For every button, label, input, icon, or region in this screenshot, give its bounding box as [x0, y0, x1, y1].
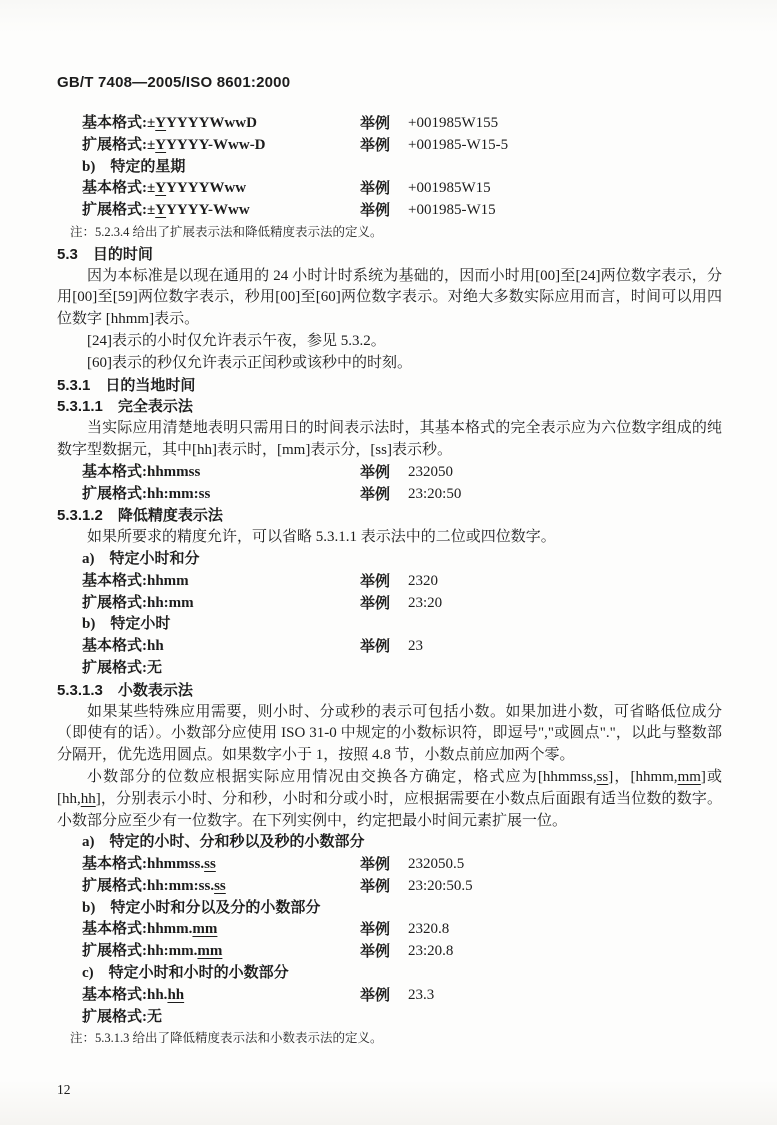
paragraph: 如果所要求的精度允许，可以省略 5.3.1.1 表示法中的二位或四位数字。	[57, 527, 722, 549]
format-label: 扩展格式:无	[82, 1007, 360, 1029]
example-label	[360, 1007, 408, 1029]
format-underlined: Y	[155, 202, 166, 218]
format-text: 扩展格式:hh:mm	[82, 595, 194, 611]
paragraph: 因为本标准是以现在通用的 24 小时计时系统为基础的，因而小时用[00]至[24…	[57, 266, 722, 331]
format-label: 基本格式:hh.hh	[82, 985, 360, 1007]
example-label: 举例	[360, 593, 408, 615]
format-row: 基本格式:hh.hh 举例 23.3	[57, 985, 722, 1007]
format-underlined: Y	[155, 180, 166, 196]
section-heading-5-3: 5.3 目的时间	[57, 244, 722, 266]
format-label: 扩展格式:±YYYYY-Www-D	[82, 135, 360, 157]
example-label: 举例	[360, 919, 408, 941]
example-value: +001985W15	[408, 178, 491, 200]
page-content: GB/T 7408—2005/ISO 8601:2000 基本格式:±YYYYY…	[57, 74, 722, 1050]
format-underlined: Y	[155, 137, 166, 153]
format-label: 扩展格式:无	[82, 658, 360, 680]
example-label: 举例	[360, 636, 408, 658]
format-text: YYYYWww	[166, 180, 246, 196]
list-item: a) 特定小时和分	[57, 549, 722, 571]
example-label	[360, 658, 408, 680]
note-text: 注：5.2.3.4 给出了扩展表示法和降低精度表示法的定义。	[57, 222, 722, 244]
example-value: +001985-W15-5	[408, 135, 508, 157]
section-heading-5-3-1: 5.3.1 日的当地时间	[57, 375, 722, 397]
format-text: YYYY-Www-D	[166, 137, 265, 153]
format-row: 基本格式:±YYYYYWww 举例 +001985W15	[57, 178, 722, 200]
format-label: 扩展格式:hh:mm.mm	[82, 941, 360, 963]
format-row: 扩展格式:无	[57, 658, 722, 680]
format-row: 基本格式:hh 举例 23	[57, 636, 722, 658]
format-label: 基本格式:hh	[82, 636, 360, 658]
format-label: 扩展格式:±YYYYY-Www	[82, 200, 360, 222]
format-underlined: ss	[204, 856, 216, 872]
format-row: 扩展格式:hh:mm:ss 举例 23:20:50	[57, 484, 722, 506]
paragraph-segment: ]，分别表示小时、分和秒，小时和分或小时，应根据需要在小数点后面跟有适当位数的数…	[57, 791, 722, 829]
example-value: 232050.5	[408, 854, 464, 876]
format-row: 扩展格式:±YYYYY-Www 举例 +001985-W15	[57, 200, 722, 222]
paragraph: [24]表示的小时仅允许表示午夜，参见 5.3.2。	[57, 331, 722, 353]
example-value: 23:20.8	[408, 941, 453, 963]
format-row: 基本格式:hhmm 举例 2320	[57, 571, 722, 593]
list-item: b) 特定小时和分以及分的小数部分	[57, 898, 722, 920]
section-heading-5-3-1-2: 5.3.1.2 降低精度表示法	[57, 505, 722, 527]
format-row: 扩展格式:hh:mm.mm 举例 23:20.8	[57, 941, 722, 963]
format-underlined: ss	[214, 878, 226, 894]
scanned-document-page: GB/T 7408—2005/ISO 8601:2000 基本格式:±YYYYY…	[0, 0, 777, 1125]
example-label: 举例	[360, 484, 408, 506]
format-label: 基本格式:±YYYYYWww	[82, 178, 360, 200]
format-label: 基本格式:hhmmss	[82, 462, 360, 484]
format-text: 扩展格式:无	[82, 1009, 162, 1025]
format-text: 基本格式:hh.	[82, 987, 167, 1003]
section-heading-5-3-1-3: 5.3.1.3 小数表示法	[57, 680, 722, 702]
example-value: 23:20	[408, 593, 442, 615]
example-value: 23	[408, 636, 423, 658]
format-underlined: ss	[597, 769, 609, 785]
note-text: 注：5.3.1.3 给出了降低精度表示法和小数表示法的定义。	[57, 1028, 722, 1050]
example-label: 举例	[360, 571, 408, 593]
example-value: +001985-W15	[408, 200, 496, 222]
format-text: YYYYWwwD	[166, 115, 257, 131]
format-underlined: mm	[192, 921, 217, 937]
example-value: 23:20:50	[408, 484, 461, 506]
example-value: 23:20:50.5	[408, 876, 473, 898]
format-label: 扩展格式:hh:mm:ss.ss	[82, 876, 360, 898]
example-label: 举例	[360, 985, 408, 1007]
format-text: 基本格式:hhmmss.	[82, 856, 204, 872]
format-underlined: mm	[678, 769, 701, 785]
paragraph-segment: ]，[hhmm,	[608, 769, 677, 785]
example-label: 举例	[360, 113, 408, 135]
example-label: 举例	[360, 178, 408, 200]
example-value: 23.3	[408, 985, 434, 1007]
list-item: b) 特定的星期	[57, 157, 722, 179]
document-header: GB/T 7408—2005/ISO 8601:2000	[57, 74, 722, 92]
list-item: b) 特定小时	[57, 614, 722, 636]
format-row: 扩展格式:无	[57, 1007, 722, 1029]
format-row: 扩展格式:hh:mm 举例 23:20	[57, 593, 722, 615]
format-text: 扩展格式:±	[82, 137, 155, 153]
example-label: 举例	[360, 941, 408, 963]
format-text: 扩展格式:±	[82, 202, 155, 218]
format-row: 扩展格式:±YYYYY-Www-D 举例 +001985-W15-5	[57, 135, 722, 157]
format-label: 基本格式:±YYYYYWwwD	[82, 113, 360, 135]
format-row: 基本格式:hhmmss.ss 举例 232050.5	[57, 854, 722, 876]
page-number: 12	[57, 1082, 71, 1098]
format-label: 基本格式:hhmm.mm	[82, 919, 360, 941]
example-label: 举例	[360, 135, 408, 157]
format-row: 基本格式:hhmmss 举例 232050	[57, 462, 722, 484]
example-value: +001985W155	[408, 113, 498, 135]
format-row: 扩展格式:hh:mm:ss.ss 举例 23:20:50.5	[57, 876, 722, 898]
format-text: 基本格式:hhmm	[82, 573, 189, 589]
format-label: 基本格式:hhmmss.ss	[82, 854, 360, 876]
format-text: 基本格式:hhmmss	[82, 464, 200, 480]
format-underlined: mm	[197, 943, 222, 959]
format-text: 扩展格式:无	[82, 660, 162, 676]
format-text: 基本格式:hhmm.	[82, 921, 192, 937]
paragraph: 小数部分的位数应根据实际应用情况由交换各方确定，格式应为[hhmmss,ss]，…	[57, 767, 722, 832]
format-text: 基本格式:±	[82, 180, 155, 196]
paragraph: 当实际应用清楚地表明只需用日的时间表示法时，其基本格式的完全表示应为六位数字组成…	[57, 418, 722, 462]
example-value: 2320.8	[408, 919, 449, 941]
format-text: 扩展格式:hh:mm.	[82, 943, 197, 959]
section-heading-5-3-1-1: 5.3.1.1 完全表示法	[57, 396, 722, 418]
example-label: 举例	[360, 854, 408, 876]
format-row: 基本格式:±YYYYYWwwD 举例 +001985W155	[57, 113, 722, 135]
format-text: YYYY-Www	[166, 202, 250, 218]
format-row: 基本格式:hhmm.mm 举例 2320.8	[57, 919, 722, 941]
list-item: a) 特定的小时、分和秒以及秒的小数部分	[57, 832, 722, 854]
example-value: 2320	[408, 571, 438, 593]
format-text: 扩展格式:hh:mm:ss.	[82, 878, 214, 894]
format-label: 扩展格式:hh:mm:ss	[82, 484, 360, 506]
paragraph: 如果某些特殊应用需要，则小时、分或秒的表示可包括小数。如果加进小数，可省略低位成…	[57, 702, 722, 767]
format-underlined: hh	[81, 791, 96, 807]
paragraph: [60]表示的秒仅允许表示正闰秒或该秒中的时刻。	[57, 353, 722, 375]
example-label: 举例	[360, 462, 408, 484]
example-value: 232050	[408, 462, 453, 484]
paragraph-segment: 小数部分的位数应根据实际应用情况由交换各方确定，格式应为[hhmmss,	[87, 769, 597, 785]
format-text: 基本格式:±	[82, 115, 155, 131]
format-text: 扩展格式:hh:mm:ss	[82, 486, 210, 502]
format-text: 基本格式:hh	[82, 638, 164, 654]
example-label: 举例	[360, 200, 408, 222]
format-label: 扩展格式:hh:mm	[82, 593, 360, 615]
format-underlined: hh	[167, 987, 184, 1003]
list-item: c) 特定小时和小时的小数部分	[57, 963, 722, 985]
example-label: 举例	[360, 876, 408, 898]
format-underlined: Y	[155, 115, 166, 131]
format-label: 基本格式:hhmm	[82, 571, 360, 593]
